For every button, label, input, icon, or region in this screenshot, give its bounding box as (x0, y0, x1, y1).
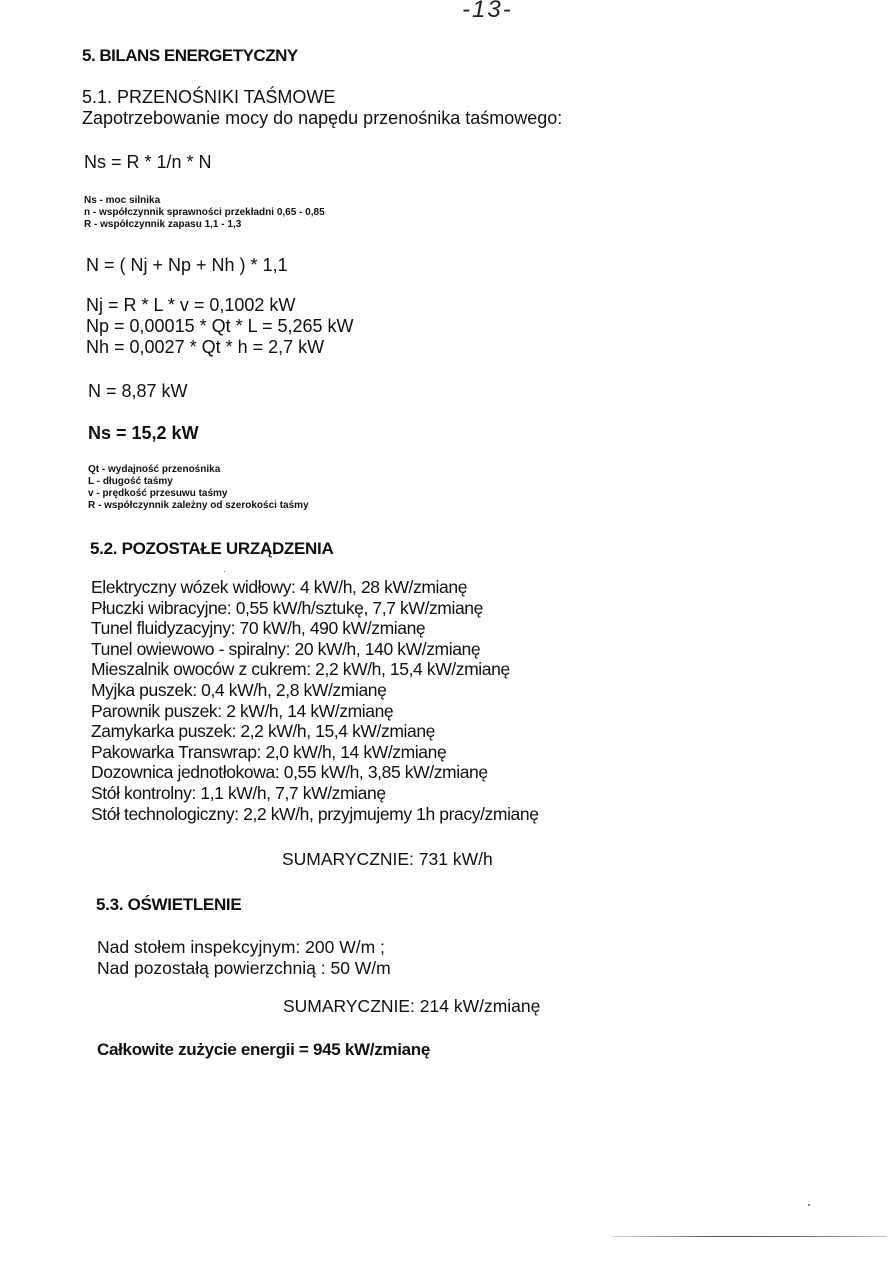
device-item: Tunel fluidyzacyjny: 70 kW/h, 490 kW/zmi… (91, 618, 539, 639)
scan-artifact-line (612, 1236, 887, 1237)
power-components: Nj = R * L * v = 0,1002 kW Np = 0,00015 … (86, 295, 354, 358)
legend-item: Ns - moc silnika (84, 195, 325, 207)
device-item: Płuczki wibracyjne: 0,55 kW/h/sztukę, 7,… (91, 598, 539, 619)
component-nh: Nh = 0,0027 * Qt * h = 2,7 kW (86, 337, 354, 358)
device-item: Zamykarka puszek: 2,2 kW/h, 15,4 kW/zmia… (91, 721, 539, 742)
component-nj: Nj = R * L * v = 0,1002 kW (86, 295, 354, 316)
conveyor-intro-text: Zapotrzebowanie mocy do napędu przenośni… (82, 108, 562, 129)
lighting-item: Nad stołem inspekcyjnym: 200 W/m ; (97, 937, 391, 958)
subsection-title-other-devices: 5.2. POZOSTAŁE URZĄDZENIA (90, 539, 333, 559)
legend-item: Qt - wydajność przenośnika (88, 464, 309, 476)
device-item: Stół kontrolny: 1,1 kW/h, 7,7 kW/zmianę (91, 783, 539, 804)
legend-motor-power: Ns - moc silnika n - współczynnik sprawn… (84, 195, 325, 231)
device-list: Elektryczny wózek widłowy: 4 kW/h, 28 kW… (91, 577, 539, 824)
lighting-summary: SUMARYCZNIE: 214 kW/zmianę (283, 996, 540, 1017)
legend-item: n - współczynnik sprawności przekładni 0… (84, 207, 325, 219)
device-item: Stół technologiczny: 2,2 kW/h, przyjmuje… (91, 804, 539, 825)
scan-speck (224, 571, 225, 572)
device-item: Myjka puszek: 0,4 kW/h, 2,8 kW/zmianę (91, 680, 539, 701)
lighting-item: Nad pozostałą powierzchnią : 50 W/m (97, 958, 391, 979)
subsection-title-conveyors: 5.1. PRZENOŚNIKI TAŚMOWE (82, 87, 335, 108)
device-item: Tunel owiewowo - spiralny: 20 kW/h, 140 … (91, 639, 539, 660)
result-n: N = 8,87 kW (88, 381, 188, 402)
device-item: Dozownica jednotłokowa: 0,55 kW/h, 3,85 … (91, 762, 539, 783)
device-item: Mieszalnik owoców z cukrem: 2,2 kW/h, 15… (91, 659, 539, 680)
subsection-title-lighting: 5.3. OŚWIETLENIE (96, 895, 241, 915)
legend-item: v - prędkość przesuwu taśmy (88, 488, 309, 500)
formula-motor-power: Ns = R * 1/n * N (84, 152, 212, 173)
total-energy-consumption: Całkowite zużycie energii = 945 kW/zmian… (97, 1040, 430, 1060)
device-item: Pakowarka Transwrap: 2,0 kW/h, 14 kW/zmi… (91, 742, 539, 763)
section-title: 5. BILANS ENERGETYCZNY (82, 46, 298, 66)
device-item: Parownik puszek: 2 kW/h, 14 kW/zmianę (91, 701, 539, 722)
legend-item: R - współczynnik zależny od szerokości t… (88, 500, 309, 512)
formula-total-power: N = ( Nj + Np + Nh ) * 1,1 (86, 255, 288, 276)
lighting-list: Nad stołem inspekcyjnym: 200 W/m ; Nad p… (97, 937, 391, 978)
legend-item: R - współczynnik zapasu 1,1 - 1,3 (84, 219, 325, 231)
device-item: Elektryczny wózek widłowy: 4 kW/h, 28 kW… (91, 577, 539, 598)
scan-speck (808, 1204, 810, 1206)
component-np: Np = 0,00015 * Qt * L = 5,265 kW (86, 316, 354, 337)
legend-conveyor-params: Qt - wydajność przenośnika L - długość t… (88, 464, 309, 512)
devices-summary: SUMARYCZNIE: 731 kW/h (282, 849, 493, 870)
result-ns: Ns = 15,2 kW (88, 423, 199, 444)
page-number: -13- (462, 0, 513, 24)
legend-item: L - długość taśmy (88, 476, 309, 488)
